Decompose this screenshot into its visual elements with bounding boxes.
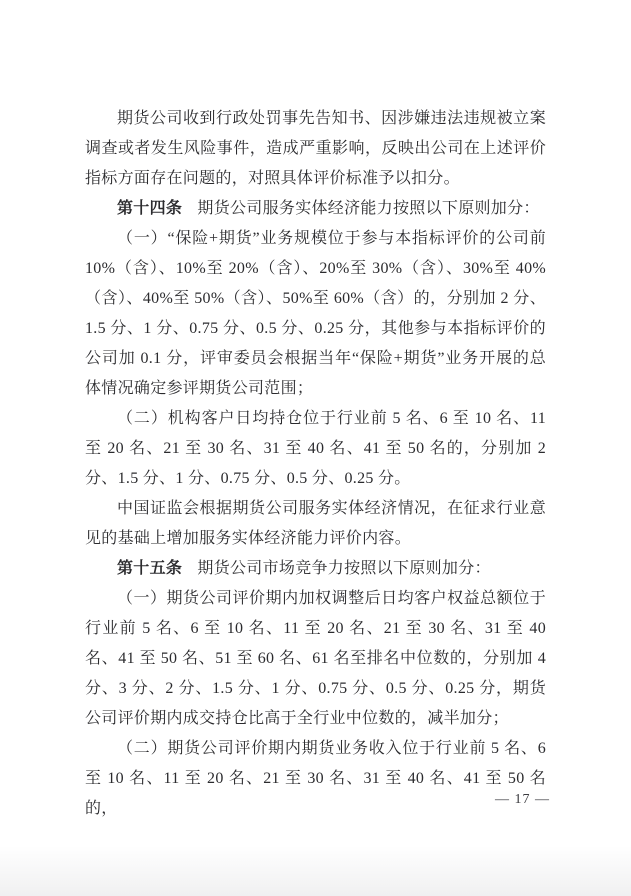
article-14-number: 第十四条 xyxy=(117,200,182,217)
paragraph-item-2-institutional-clients: （二）机构客户日均持仓位于行业前 5 名、6 至 10 名、11 至 20 名、… xyxy=(85,404,546,494)
article-14-text: 期货公司服务实体经济能力按照以下原则加分： xyxy=(197,200,539,217)
paragraph-item-2-futures-revenue: （二）期货公司评价期内期货业务收入位于行业前 5 名、6 至 10 名、11 至… xyxy=(85,734,546,824)
paragraph-item-1-client-equity: （一）期货公司评价期内加权调整后日均客户权益总额位于行业前 5 名、6 至 10… xyxy=(85,584,546,734)
paragraph-penalty-deduction: 期货公司收到行政处罚事先告知书、因涉嫌违法违规被立案调查或者发生风险事件，造成严… xyxy=(85,104,546,194)
paragraph-article-14: 第十四条期货公司服务实体经济能力按照以下原则加分： xyxy=(85,194,546,224)
paragraph-item-1-insurance-futures: （一）“保险+期货”业务规模位于参与本指标评价的公司前 10%（含）、10%至 … xyxy=(85,224,546,404)
page-number: — 17 — xyxy=(495,791,550,809)
article-15-number: 第十五条 xyxy=(117,560,182,577)
article-15-text: 期货公司市场竞争力按照以下原则加分： xyxy=(197,560,490,577)
document-page: 期货公司收到行政处罚事先告知书、因涉嫌违法违规被立案调查或者发生风险事件，造成严… xyxy=(0,0,631,896)
paragraph-csrc-note: 中国证监会根据期货公司服务实体经济情况，在征求行业意见的基础上增加服务实体经济能… xyxy=(85,494,546,554)
document-body: 期货公司收到行政处罚事先告知书、因涉嫌违法违规被立案调查或者发生风险事件，造成严… xyxy=(85,104,546,824)
paragraph-article-15: 第十五条期货公司市场竞争力按照以下原则加分： xyxy=(85,554,546,584)
